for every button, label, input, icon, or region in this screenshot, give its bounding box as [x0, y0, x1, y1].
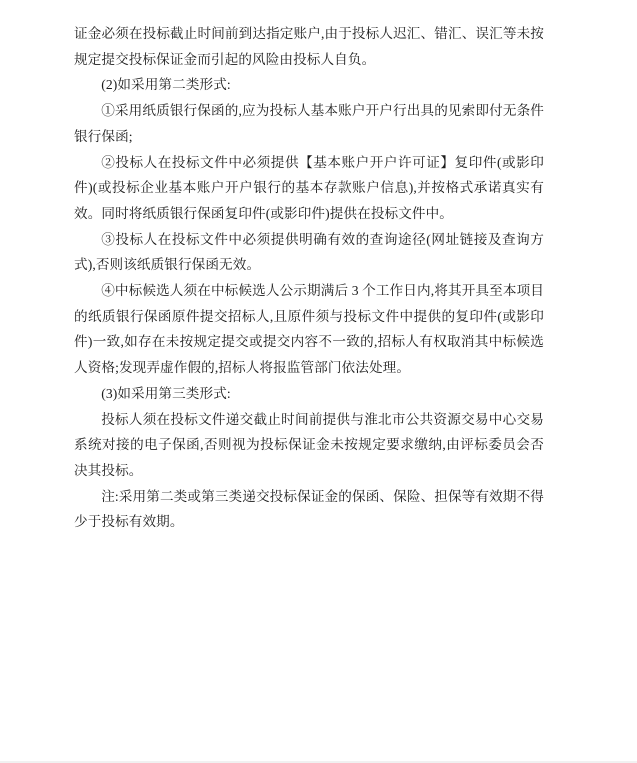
- paragraph-item-2-account-permit: ②投标人在投标文件中必须提供【基本账户开户许可证】复印件(或影印件)(或投标企业…: [74, 150, 544, 227]
- paragraph-electronic-guarantee: 投标人须在投标文件递交截止时间前提供与淮北市公共资源交易中心交易系统对接的电子保…: [74, 407, 544, 484]
- screenshot-root: { "page": { "background_color": "#ffffff…: [0, 0, 637, 763]
- document-page: 证金必须在投标截止时间前到达指定账户,由于投标人迟汇、错汇、误汇等未按规定提交投…: [74, 21, 544, 535]
- paragraph-note-validity-period: 注:采用第二类或第三类递交投标保证金的保函、保险、担保等有效期不得少于投标有效期…: [74, 484, 544, 535]
- paragraph-form-2-heading: (2)如采用第二类形式:: [74, 72, 544, 98]
- paragraph-item-1-paper-guarantee: ①采用纸质银行保函的,应为投标人基本账户开户行出具的见索即付无条件银行保函;: [74, 98, 544, 149]
- paragraph-form-3-heading: (3)如采用第三类形式:: [74, 381, 544, 407]
- paragraph-bid-security-continuation: 证金必须在投标截止时间前到达指定账户,由于投标人迟汇、错汇、误汇等未按规定提交投…: [74, 21, 544, 72]
- paragraph-item-4-original-submission: ④中标候选人须在中标候选人公示期满后 3 个工作日内,将其开具至本项目的纸质银行…: [74, 278, 544, 381]
- paragraph-item-3-query-channel: ③投标人在投标文件中必须提供明确有效的查询途径(网址链接及查询方式),否则该纸质…: [74, 227, 544, 278]
